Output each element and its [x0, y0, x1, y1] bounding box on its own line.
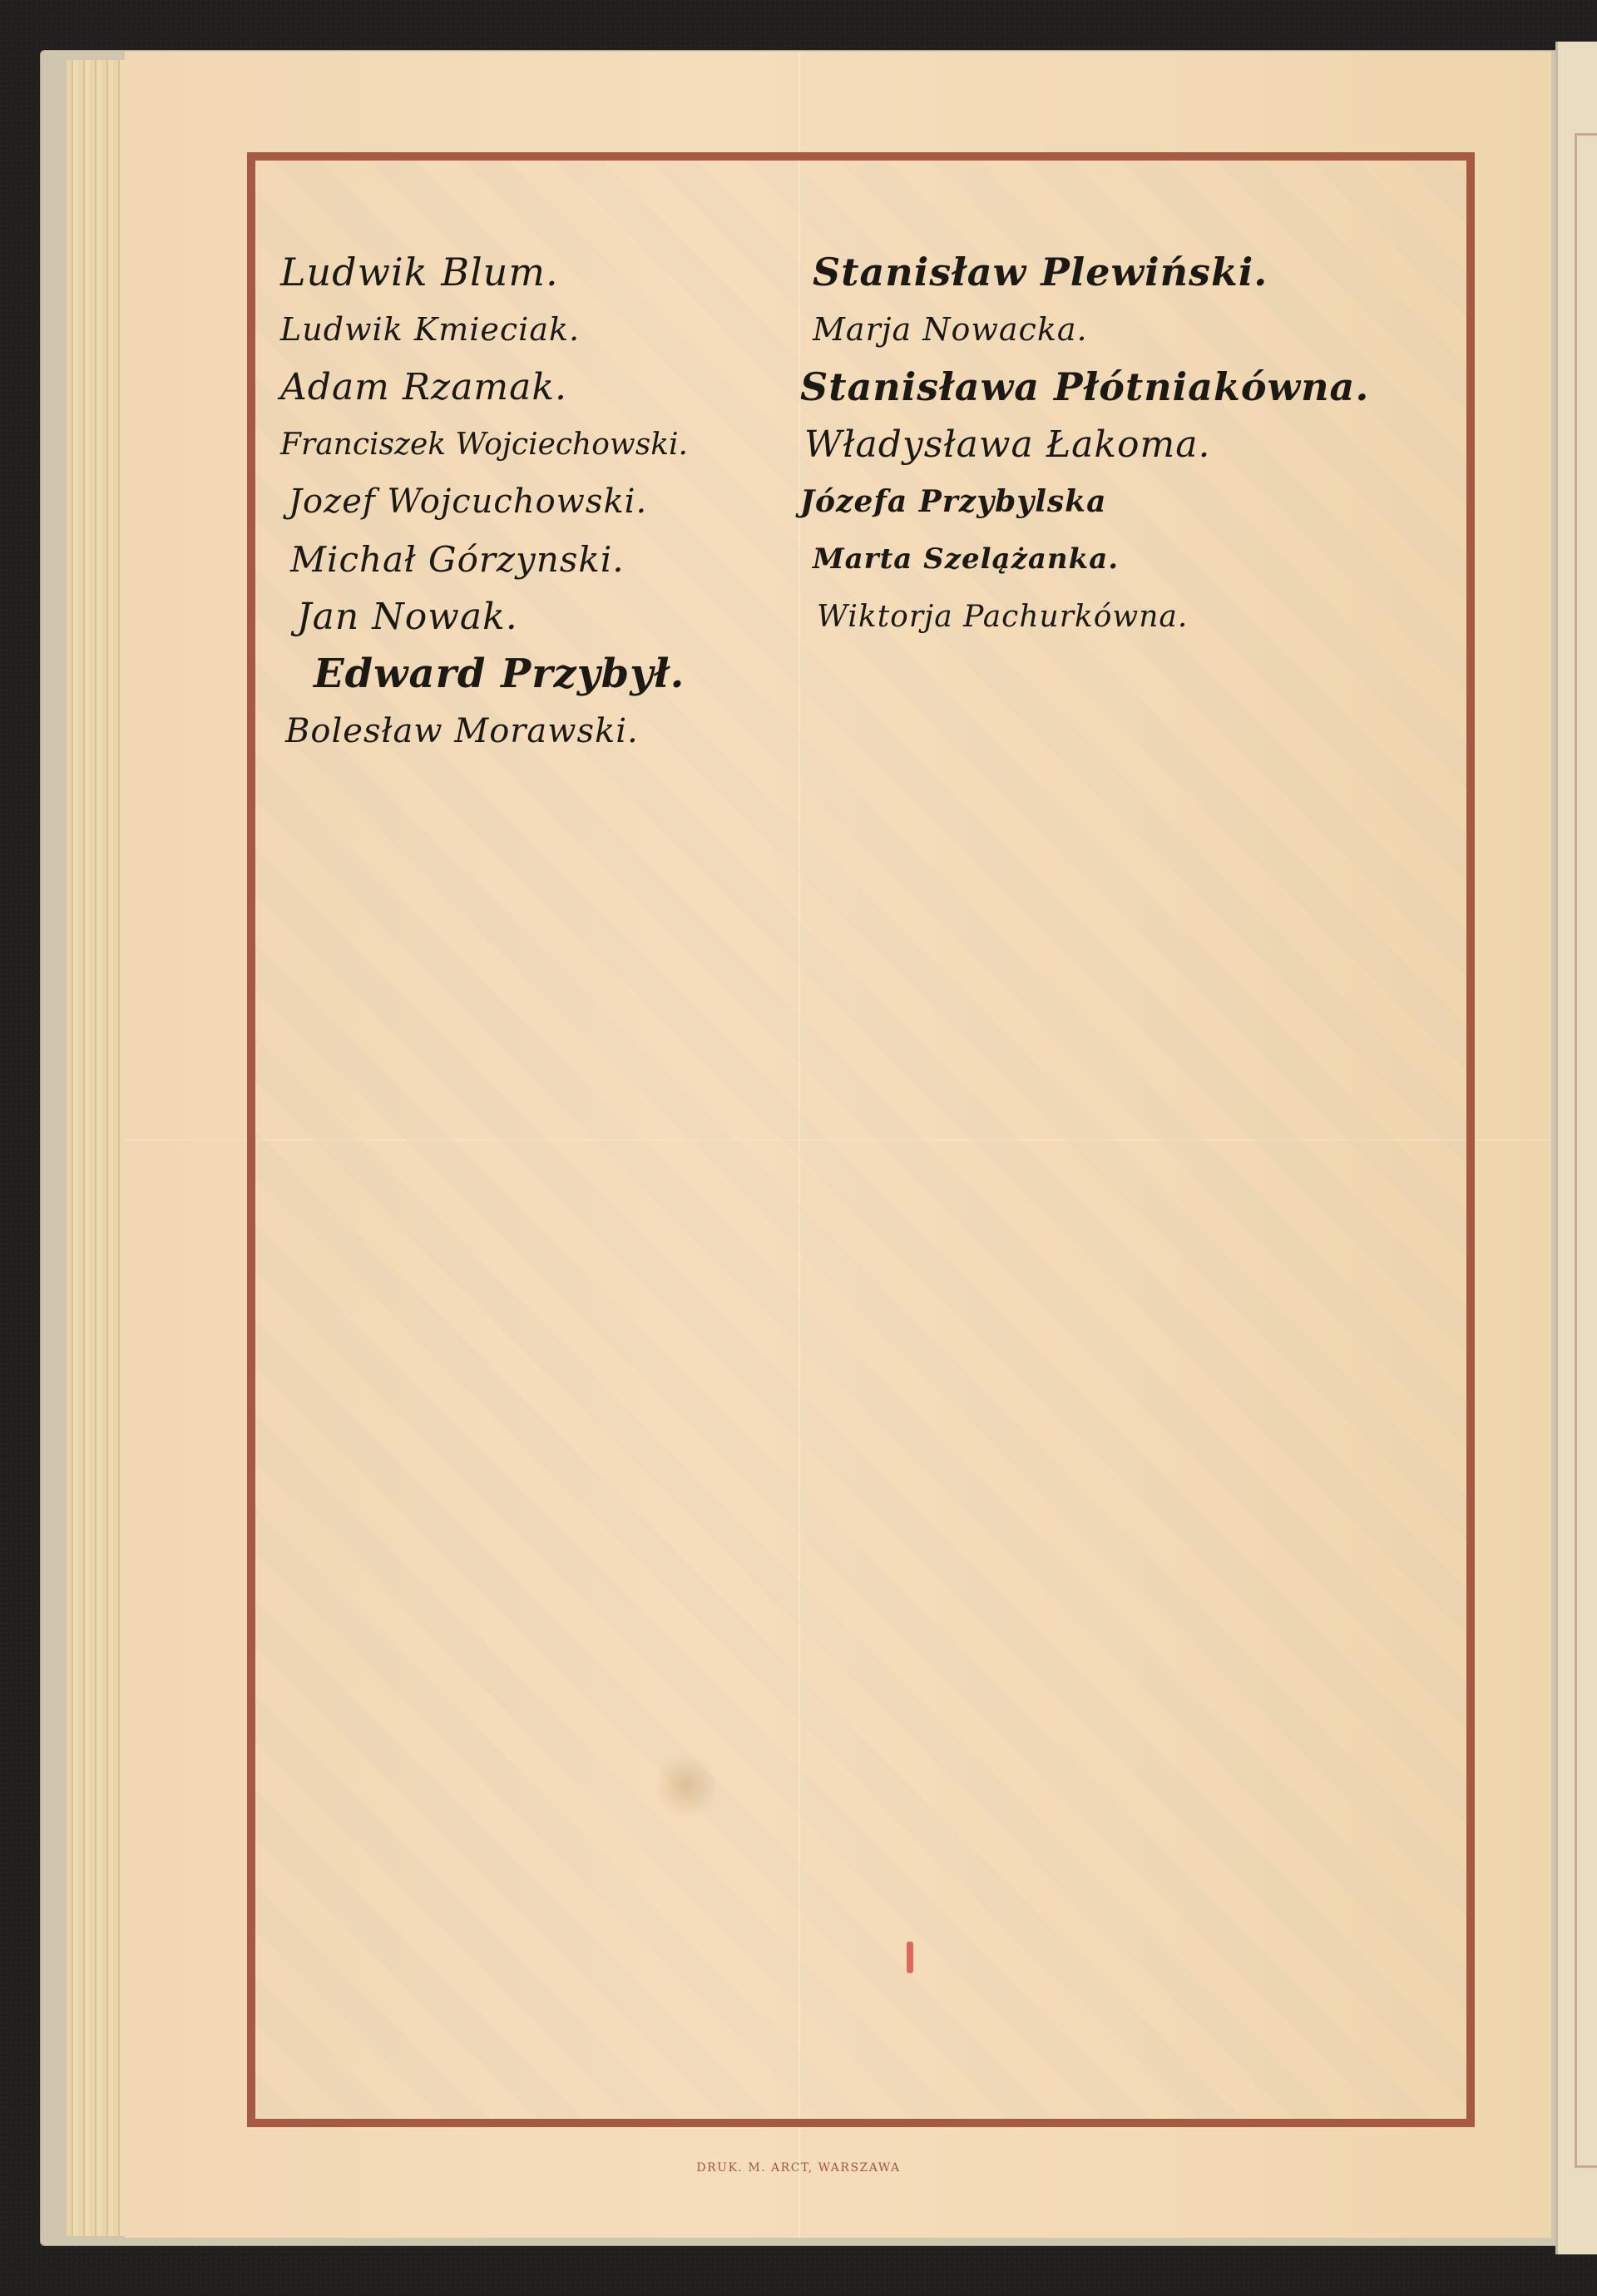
- signature: Adam Rzamak.: [280, 359, 688, 416]
- printer-imprint: DRUK. M. ARCT, WARSZAWA: [0, 2161, 1597, 2175]
- signature: Jozef Wojcuchowski.: [280, 473, 688, 531]
- facing-page-edge: [1555, 42, 1597, 2254]
- signature: Ludwik Blum.: [280, 244, 688, 301]
- signature: Władysława Łakoma.: [800, 416, 1369, 473]
- signature: Bolesław Morawski.: [280, 703, 688, 760]
- signature: Stanisław Plewiński.: [800, 244, 1369, 301]
- signature-column-left: Ludwik Blum. Ludwik Kmieciak. Adam Rzama…: [280, 244, 688, 760]
- page-edges: [67, 60, 126, 2236]
- signature: Marta Szelążanka.: [800, 531, 1369, 588]
- signature-column-right: Stanisław Plewiński. Marja Nowacka. Stan…: [800, 244, 1369, 646]
- signature: Ludwik Kmieciak.: [280, 301, 688, 359]
- signature: Edward Przybył.: [280, 646, 688, 703]
- signature: Wiktorja Pachurkówna.: [800, 588, 1369, 646]
- signature: Franciszek Wojciechowski.: [280, 416, 688, 473]
- signature: Józefa Przybylska: [800, 473, 1369, 531]
- decorative-border-frame: Ludwik Blum. Ludwik Kmieciak. Adam Rzama…: [247, 152, 1475, 2127]
- signature: Marja Nowacka.: [800, 301, 1369, 359]
- facing-page-frame: [1575, 133, 1597, 2168]
- signature: Jan Nowak.: [280, 588, 688, 646]
- signature: Stanisława Płótniakówna.: [800, 359, 1369, 416]
- signature: Michał Górzynski.: [280, 531, 688, 588]
